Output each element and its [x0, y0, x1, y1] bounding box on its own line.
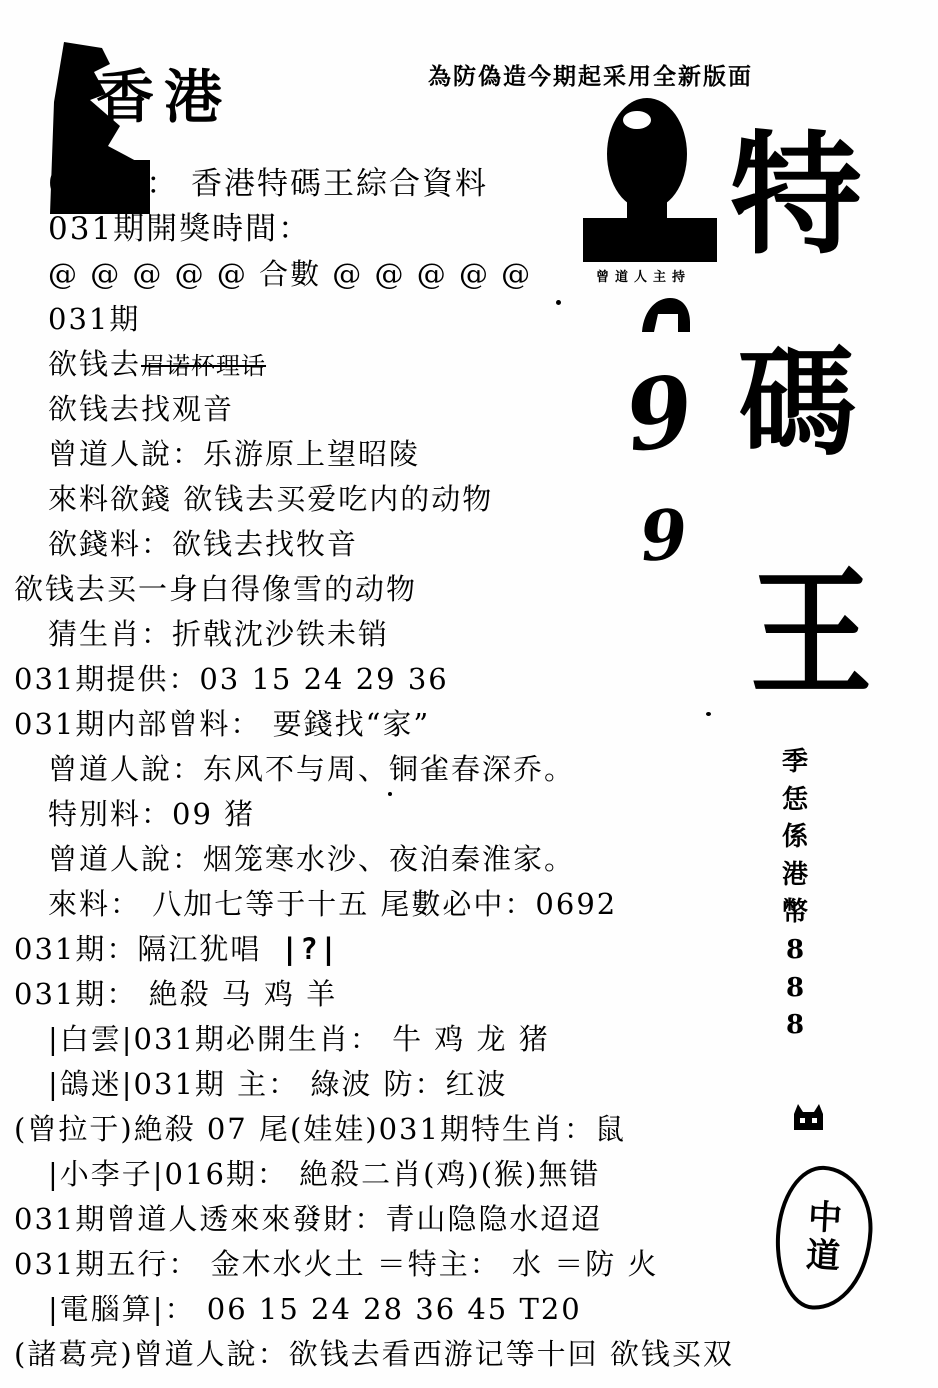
doc-line-riddle-white: 欲钱去买一身白得像雪的动物 — [10, 567, 810, 612]
doc-line-zhugeliang: (諸葛亮)曾道人說：欲钱去看西游记等十回 欲钱买双 — [10, 1332, 810, 1377]
doc-line-riddle: 欲钱去找观音 — [10, 387, 810, 432]
region-title: 香港 — [96, 50, 232, 134]
doc-line-yuqianliao: 欲錢料：欲钱去找牧音 — [10, 522, 810, 567]
doc-line-zengdaoren-2: 曾道人說：东风不与周、铜雀春深乔。 — [10, 747, 810, 792]
barcode-mark: |?| — [261, 932, 339, 966]
doc-line-tail-numbers: 來料： 八加七等于十五 尾數必中：0692 — [10, 882, 810, 927]
doc-line-gejiang: 031期：隔江犹唱 |?| — [10, 927, 810, 972]
riddle-strikethrough: 眉诺杯理话 — [141, 352, 266, 380]
doc-line-baiyun: |白雲|031期必開生肖： 牛 鸡 龙 猪 — [10, 1017, 810, 1062]
seal-char: 道 — [805, 1238, 841, 1275]
doc-line-issue-title: 031期： 香港特碼王綜合資料 — [10, 162, 810, 207]
doc-line-internal-tip: 031期内部曾料： 要錢找“家” — [10, 702, 810, 747]
doc-line-xiaolizi: |小李子|016期： 絶殺二肖(鸡)(猴)無错 — [10, 1152, 810, 1197]
doc-line-guess-zodiac: 猜生肖：折戟沈沙铁未销 — [10, 612, 810, 657]
doc-line-riddle-struck: 欲钱去眉诺杯理话 — [10, 342, 810, 387]
body-text: 031期： 香港特碼王綜合資料 031期開獎時間： @ @ @ @ @ 合數 @… — [10, 162, 810, 1377]
doc-line-hesum: @ @ @ @ @ 合數 @ @ @ @ @ — [10, 252, 810, 297]
riddle-pre: 欲钱去 — [48, 347, 141, 381]
doc-line-computer-calc: |電腦算|： 06 15 24 28 36 45 T20 — [10, 1287, 810, 1332]
doc-line-numbers-provided: 031期提供：03 15 24 29 36 — [10, 657, 810, 702]
doc-line-facai: 031期曾道人透來來發財：青山隐隐水迢迢 — [10, 1197, 810, 1242]
doc-line-zengdaoren-3: 曾道人說：烟笼寒水沙、夜泊秦淮家。 — [10, 837, 810, 882]
doc-line-zengdaoren: 曾道人說：乐游原上望昭陵 — [10, 432, 810, 477]
doc-line-issue: 031期 — [10, 297, 810, 342]
doc-line-juesha: 031期： 絶殺 马 鸡 羊 — [10, 972, 810, 1017]
doc-line-zenglayu: (曾拉于)絶殺 07 尾(娃娃)031期特生肖：鼠 — [10, 1107, 810, 1152]
scanned-lottery-sheet: 香港 為防偽造今期起采用全新版面 曾道人主持 特 碼 王 9 9 季 恁 係 港… — [0, 0, 938, 1388]
gejiang-text: 031期：隔江犹唱 — [14, 932, 261, 966]
doc-line-gemi: |鴿迷|031期 主： 綠波 防：红波 — [10, 1062, 810, 1107]
doc-line-wuxing: 031期五行： 金木水火土 ＝特主： 水 ＝防 火 — [10, 1242, 810, 1287]
doc-line-lailiao: 來料欲錢 欲钱去买爱吃内的动物 — [10, 477, 810, 522]
doc-line-draw-time: 031期開獎時間： — [10, 207, 810, 252]
anti-fake-notice: 為防偽造今期起采用全新版面 — [428, 58, 753, 91]
seal-char: 中 — [807, 1200, 843, 1237]
doc-line-special-tip: 特別料：09 猪 — [10, 792, 810, 837]
